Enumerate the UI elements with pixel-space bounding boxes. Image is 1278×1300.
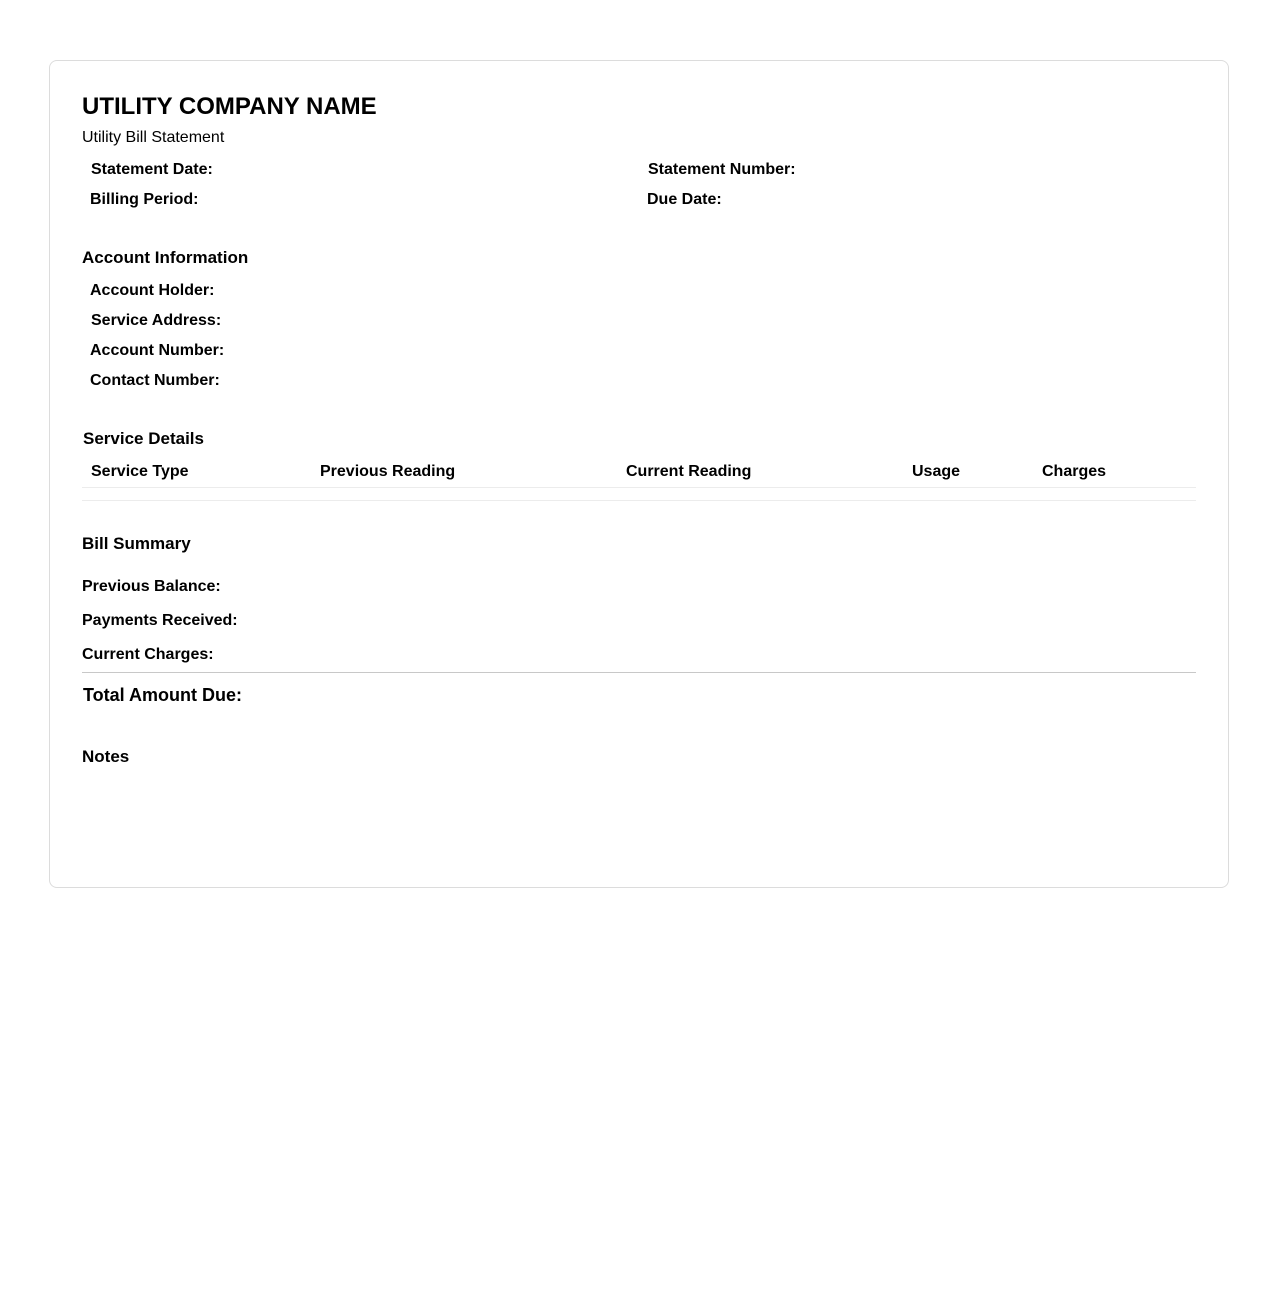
- statement-subtitle: Utility Bill Statement: [82, 129, 224, 147]
- column-header-current-reading: Current Reading: [626, 463, 751, 481]
- service-address-label: Service Address:: [91, 312, 221, 330]
- table-body-divider: [82, 500, 1196, 501]
- statement-date-label: Statement Date:: [91, 161, 213, 179]
- total-amount-due-label: Total Amount Due:: [83, 685, 242, 706]
- column-header-service-type: Service Type: [91, 463, 189, 481]
- payments-received-label: Payments Received:: [82, 612, 238, 630]
- bill-summary-heading: Bill Summary: [82, 534, 191, 554]
- service-details-heading: Service Details: [83, 429, 204, 449]
- column-header-charges: Charges: [1042, 463, 1106, 481]
- column-header-previous-reading: Previous Reading: [320, 463, 455, 481]
- company-name: UTILITY COMPANY NAME: [82, 93, 377, 121]
- previous-balance-label: Previous Balance:: [82, 578, 221, 596]
- account-holder-label: Account Holder:: [90, 282, 214, 300]
- contact-number-label: Contact Number:: [90, 372, 220, 390]
- current-charges-label: Current Charges:: [82, 646, 214, 664]
- column-header-usage: Usage: [912, 463, 960, 481]
- account-number-label: Account Number:: [90, 342, 224, 360]
- account-info-heading: Account Information: [82, 248, 248, 268]
- billing-period-label: Billing Period:: [90, 191, 198, 209]
- statement-number-label: Statement Number:: [648, 161, 796, 179]
- notes-heading: Notes: [82, 747, 129, 767]
- due-date-label: Due Date:: [647, 191, 722, 209]
- summary-divider: [82, 672, 1196, 673]
- bill-statement-card: UTILITY COMPANY NAME Utility Bill Statem…: [49, 60, 1229, 888]
- table-header-divider: [82, 487, 1196, 488]
